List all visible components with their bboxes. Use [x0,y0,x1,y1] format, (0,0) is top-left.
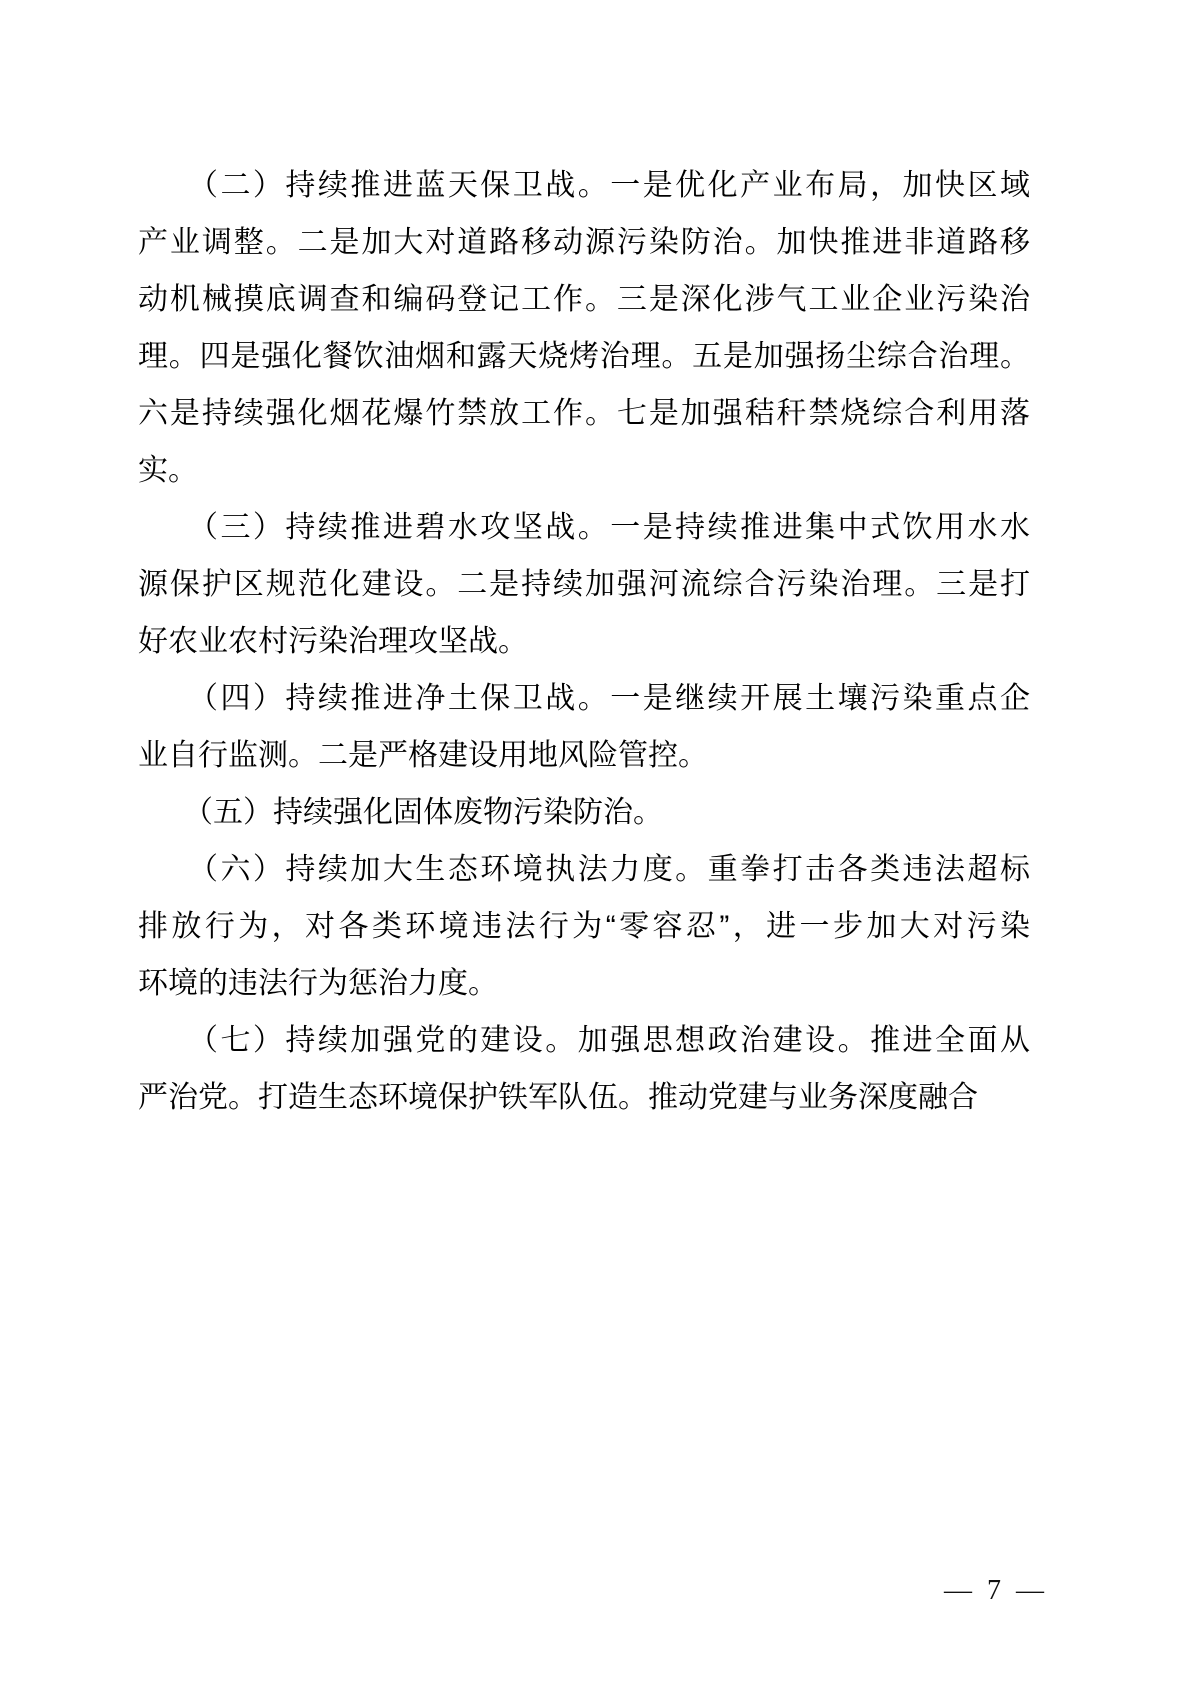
text-line: （六）持续加大生态环境执法力度。重拳打击各类违法超标 [138,841,1030,898]
text-line: （二）持续推进蓝天保卫战。一是优化产业布局，加快区域 [138,157,1030,214]
text-line: 产业调整。二是加大对道路移动源污染防治。加快推进非道路移 [138,214,1030,271]
text-line: （七）持续加强党的建设。加强思想政治建设。推进全面从 [138,1012,1030,1069]
text-line: （四）持续推进净土保卫战。一是继续开展土壤污染重点企 [138,670,1030,727]
text-line: 实。 [138,442,1030,499]
text-line: 环境的违法行为惩治力度。 [138,955,1030,1012]
text-line: （三）持续推进碧水攻坚战。一是持续推进集中式饮用水水 [138,499,1030,556]
text-line: 排放行为，对各类环境违法行为“零容忍”，进一步加大对污染 [138,898,1030,955]
text-line: 理。四是强化餐饮油烟和露天烧烤治理。五是加强扬尘综合治理。 [138,328,1030,385]
text-line: （五）持续强化固体废物污染防治。 [138,784,1030,841]
document-page: （二）持续推进蓝天保卫战。一是优化产业布局，加快区域产业调整。二是加大对道路移动… [0,0,1190,1683]
page-number: — 7 — [944,1575,1045,1607]
text-line: 业自行监测。二是严格建设用地风险管控。 [138,727,1030,784]
text-line: 源保护区规范化建设。二是持续加强河流综合污染治理。三是打 [138,556,1030,613]
text-line: 动机械摸底调查和编码登记工作。三是深化涉气工业企业污染治 [138,271,1030,328]
text-line: 六是持续强化烟花爆竹禁放工作。七是加强秸秆禁烧综合利用落 [138,385,1030,442]
text-line: 好农业农村污染治理攻坚战。 [138,613,1030,670]
text-line: 严治党。打造生态环境保护铁军队伍。推动党建与业务深度融合 [138,1069,1030,1126]
document-body: （二）持续推进蓝天保卫战。一是优化产业布局，加快区域产业调整。二是加大对道路移动… [138,157,1030,1126]
